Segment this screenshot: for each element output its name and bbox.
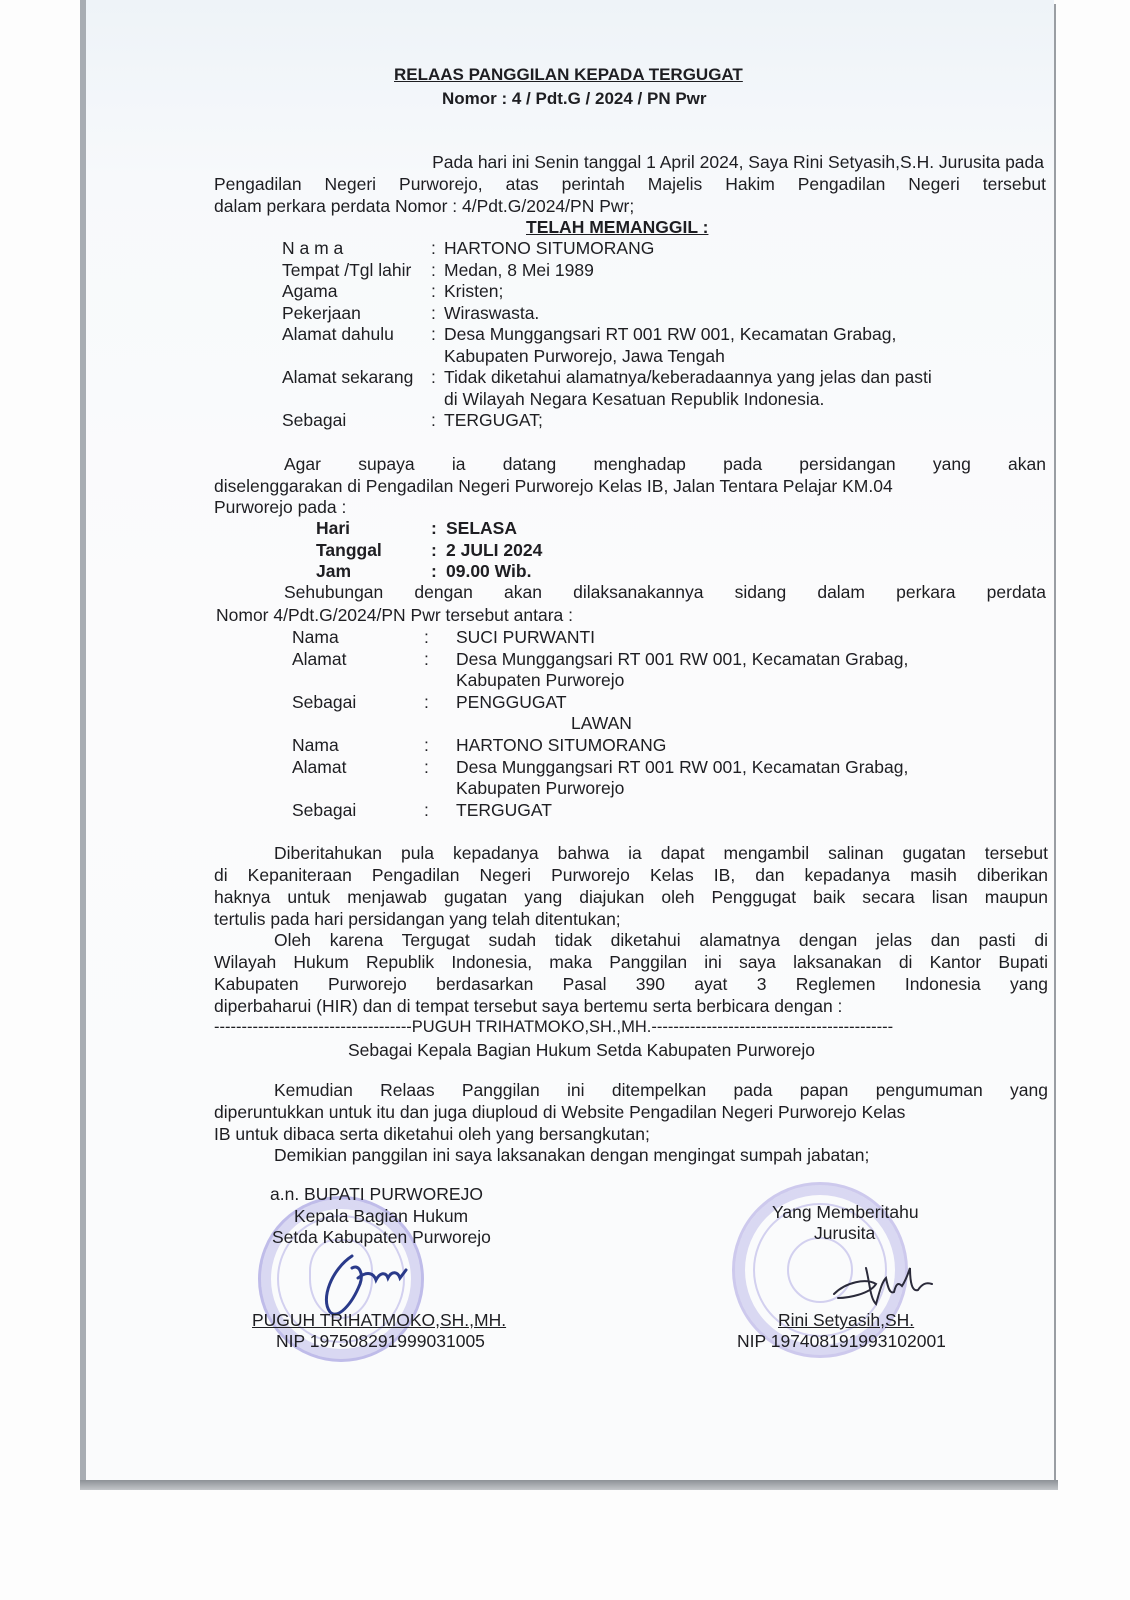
plaintiff-field-value: SUCI PURWANTI [456, 627, 595, 648]
defendant-field-value: TERGUGAT [456, 800, 552, 821]
hearing-line-1: Agar supaya ia datang menghadap pada per… [284, 454, 1046, 475]
posting-line-2: diperuntukkan untuk itu dan juga diuplou… [214, 1102, 905, 1123]
document-title: RELAAS PANGGILAN KEPADA TERGUGAT [394, 65, 743, 85]
document-number: Nomor : 4 / Pdt.G / 2024 / PN Pwr [442, 88, 707, 109]
schedule-field-label: Jam [316, 561, 351, 582]
posting-line-3: IB untuk dibaca serta diketahui oleh yan… [214, 1124, 650, 1145]
plaintiff-field-colon: : [424, 649, 429, 670]
left-sign-line3: Setda Kabupaten Purworejo [272, 1227, 491, 1248]
summoned-field-colon: : [431, 303, 436, 324]
left-signer-nip: NIP 197508291999031005 [276, 1331, 485, 1352]
defendant-field-colon: : [424, 800, 429, 821]
reason-line-3: Kabupaten Purworejo berdasarkan Pasal 39… [214, 974, 1048, 995]
notice-line-3: haknya untuk menjawab gugatan yang diaju… [214, 887, 1048, 908]
reason-line-4: diperbaharui (HIR) dan di tempat tersebu… [214, 996, 842, 1017]
schedule-field-colon: : [431, 540, 437, 561]
hearing-line-2: diselenggarakan di Pengadilan Negeri Pur… [214, 476, 893, 497]
defendant-field-value: Desa Munggangsari RT 001 RW 001, Kecamat… [456, 757, 908, 778]
case-line-2: Nomor 4/Pdt.G/2024/PN Pwr tersebut antar… [216, 605, 573, 626]
intro-line-1-text: Pada hari ini Senin tanggal 1 April 2024… [284, 152, 1044, 173]
left-signer-name: PUGUH TRIHATMOKO,SH.,MH. [252, 1310, 506, 1331]
right-signature-icon [826, 1254, 956, 1314]
defendant-field-colon: : [424, 735, 429, 756]
summoned-field-colon: : [431, 260, 436, 281]
summoned-field-colon: : [431, 281, 436, 302]
summoned-field-value: Medan, 8 Mei 1989 [444, 260, 594, 281]
schedule-field-value: 2 JULI 2024 [446, 540, 542, 561]
plaintiff-field-value: Kabupaten Purworejo [456, 670, 624, 691]
notice-line-4: tertulis pada hari persidangan yang tela… [214, 909, 621, 930]
versus-label: LAWAN [571, 713, 632, 734]
plaintiff-field-value: PENGGUGAT [456, 692, 567, 713]
summoned-field-label: Agama [282, 281, 337, 302]
summon-heading: TELAH MEMANGGIL : [526, 217, 708, 238]
defendant-field-label: Nama [292, 735, 339, 756]
plaintiff-field-colon: : [424, 627, 429, 648]
notice-line-1: Diberitahukan pula kepadanya bahwa ia da… [274, 843, 1048, 864]
summoned-field-value: Wiraswasta. [444, 303, 539, 324]
intro-line-2: Pengadilan Negeri Purworejo, atas perint… [214, 174, 1046, 195]
posting-line-1: Kemudian Relaas Panggilan ini ditempelka… [274, 1080, 1048, 1101]
summoned-field-value: Desa Munggangsari RT 001 RW 001, Kecamat… [444, 324, 896, 345]
summoned-field-value: Kabupaten Purworejo, Jawa Tengah [444, 346, 725, 367]
summoned-field-value: di Wilayah Negara Kesatuan Republik Indo… [444, 389, 824, 410]
schedule-field-value: SELASA [446, 518, 517, 539]
defendant-field-value: HARTONO SITUMORANG [456, 735, 666, 756]
right-sign-line1: Yang Memberitahu [772, 1202, 919, 1223]
schedule-field-colon: : [431, 518, 437, 539]
document-page: RELAAS PANGGILAN KEPADA TERGUGAT Nomor :… [80, 0, 1054, 1480]
defendant-field-label: Sebagai [292, 800, 356, 821]
summoned-field-value: Tidak diketahui alamatnya/keberadaannya … [444, 367, 932, 388]
left-sign-line1: a.n. BUPATI PURWOREJO [270, 1184, 483, 1205]
met-person: ------------------------------------PUGU… [214, 1017, 1048, 1038]
right-sign-line2: Jurusita [814, 1223, 875, 1244]
summoned-field-value: Kristen; [444, 281, 503, 302]
defendant-field-label: Alamat [292, 757, 346, 778]
summoned-field-colon: : [431, 324, 436, 345]
schedule-field-label: Tanggal [316, 540, 382, 561]
summoned-field-colon: : [431, 367, 436, 388]
summoned-field-label: N a m a [282, 238, 343, 259]
hearing-line-3: Purworejo pada : [214, 497, 346, 518]
summoned-field-label: Alamat dahulu [282, 324, 394, 345]
plaintiff-field-label: Nama [292, 627, 339, 648]
defendant-field-value: Kabupaten Purworejo [456, 778, 624, 799]
right-signer-nip: NIP 197408191993102001 [737, 1331, 946, 1352]
left-sign-line2: Kepala Bagian Hukum [294, 1206, 468, 1227]
reason-line-1: Oleh karena Tergugat sudah tidak diketah… [274, 930, 1048, 951]
case-line-1: Sehubungan dengan akan dilaksanakannya s… [284, 582, 1046, 603]
plaintiff-field-label: Sebagai [292, 692, 356, 713]
summoned-field-label: Pekerjaan [282, 303, 361, 324]
summoned-field-label: Alamat sekarang [282, 367, 413, 388]
plaintiff-field-value: Desa Munggangsari RT 001 RW 001, Kecamat… [456, 649, 908, 670]
reason-line-2: Wilayah Hukum Republik Indonesia, maka P… [214, 952, 1048, 973]
notice-line-2: di Kepaniteraan Pengadilan Negeri Purwor… [214, 865, 1048, 886]
schedule-field-colon: : [431, 561, 437, 582]
intro-line-3: dalam perkara perdata Nomor : 4/Pdt.G/20… [214, 196, 634, 217]
summoned-field-colon: : [431, 410, 436, 431]
met-person-role: Sebagai Kepala Bagian Hukum Setda Kabupa… [348, 1040, 815, 1061]
schedule-field-value: 09.00 Wib. [446, 561, 531, 582]
summoned-field-value: HARTONO SITUMORANG [444, 238, 654, 259]
plaintiff-field-label: Alamat [292, 649, 346, 670]
summoned-field-value: TERGUGAT; [444, 410, 543, 431]
summoned-field-label: Tempat /Tgl lahir [282, 260, 411, 281]
closing-line: Demikian panggilan ini saya laksanakan d… [274, 1145, 869, 1166]
defendant-field-colon: : [424, 757, 429, 778]
right-signer-name: Rini Setyasih,SH. [778, 1310, 914, 1331]
summoned-field-colon: : [431, 238, 436, 259]
plaintiff-field-colon: : [424, 692, 429, 713]
schedule-field-label: Hari [316, 518, 350, 539]
summoned-field-label: Sebagai [282, 410, 346, 431]
